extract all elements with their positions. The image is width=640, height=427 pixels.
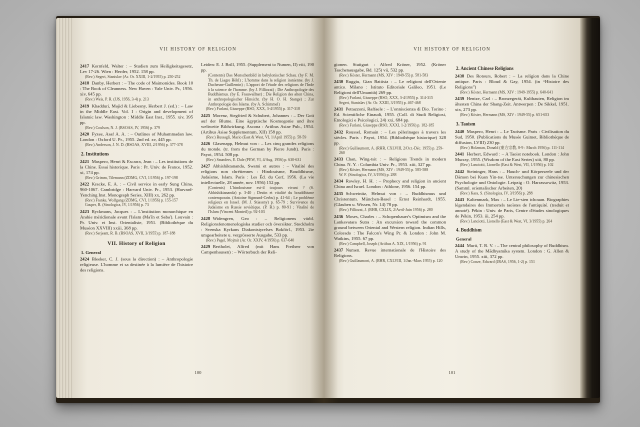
review-line: (Rev.) Lanciotti, Lionello (East & West,… (460, 219, 569, 224)
contents-note: (Contents) L'hindouisme est-il toujours … (208, 186, 314, 215)
bib-entry-2437: 2437Numen. Revue internationale de l'His… (334, 248, 446, 259)
review-line: (Rev.) Guillaumont, A. (RHR, CXLVIII, 1/… (339, 259, 446, 264)
bib-entry-2436: 2436Moses, Charles : – Schopenhauer's Op… (334, 214, 446, 242)
bib-entry-2443: 2443Kaltenmark, Max : – Le Lie-sien tcho… (455, 197, 569, 219)
review-line: (Rev.) Filliozat, J. (RHR, CXLIX, 2/Avri… (339, 208, 446, 213)
bib-entry-2442: 2442Steininger, Hans : – Hauch- und Körp… (455, 169, 569, 191)
page-number-left: 100 (72, 370, 324, 375)
bib-entry-2434: 2434Rowley, H. H. : – Prophecy and relig… (334, 179, 446, 190)
book-cover-fore-edge (580, 18, 600, 398)
right-page-column-1: gionen. Stuttgart : Alfred Kröner, 1952.… (334, 62, 446, 263)
entry-number: 2441 (455, 152, 467, 157)
review-line: (Rev.) Holzman, Donald (東方宗教, 8-9 : Marc… (460, 145, 569, 150)
entry-number: 2440 (455, 129, 467, 134)
review-line: (Rev.) Grimm, Tilemann (ZDMG, CVI, 1/195… (85, 175, 193, 180)
open-book: VII HISTORY OF RELIGION 2417Kornfeld, Wa… (56, 16, 600, 403)
entry-number: 2438 (455, 74, 467, 79)
page-number-right: 101 (324, 370, 580, 375)
entry-number: 2425 (201, 113, 213, 118)
bib-entry-2428: 2428Widengren, Geo : – Religionens värld… (201, 216, 314, 238)
review-line: (Rev.) Guillaumont, A. (RHR, CXLVIII, 2/… (339, 146, 446, 155)
bib-entry-2430: 2430Ruggiu, Gian Battista : – Le religio… (334, 79, 446, 96)
entry-number: 2426 (201, 141, 213, 146)
bib-entry-2427: 2427Abhishiktananda, Swami et autres : –… (201, 164, 314, 186)
bib-entry-2426: 2426Glasenapp, Helmut von : – Les cinq g… (201, 141, 314, 158)
entry-number: 2420 (80, 132, 92, 137)
review-line: (Rev.) Köster, Hermann (MS, XIV : 1949-1… (460, 90, 569, 95)
bib-entry-2417: 2417Kornfeld, Walter : – Studien zum Hei… (80, 64, 193, 75)
entry-number: 2433 (334, 157, 346, 162)
review-line: Gasper, R. (Sinologica, IV, 1/1956) p. 7… (85, 203, 193, 208)
entry-number: 2434 (334, 179, 346, 184)
review-line: (Rev.) Kara, S. (Sinologica, IV, 3/1956)… (460, 191, 569, 196)
review-line: (Rev.) Köster, Hermann (MS, XIV : 1949-5… (460, 113, 569, 118)
review-line: (Rev.) Anderson, J. N. D. (BSOAS, XVIII,… (85, 143, 193, 148)
review-line: (Rev.) Bussagli, Mario (East & West, VI,… (206, 135, 314, 140)
bib-entry-2432: 2432Roussel, Romain : – Les pèlerinages … (334, 129, 446, 146)
entry-number: 2437 (334, 248, 346, 253)
bib-entry-2444: 2444Murti, T. R. V. : – The central phil… (455, 243, 569, 260)
bib-entry-2438: 2438Des Rotours, Robert : – La religion … (455, 74, 569, 91)
entry-number: 2428 (201, 216, 213, 221)
review-line: (Rev.) Coulson, N. J. (BSOAS, IV, 1956) … (85, 125, 193, 130)
bib-entry-2419: 2419Khadduri, Majid & Liebesny, Herbert … (80, 103, 193, 125)
photo-of-open-book: { "colors": { "background": "#bcbcbc", "… (0, 0, 640, 427)
subsection-heading: 1. General (81, 250, 193, 255)
bib-entry-2420: 2420Fyzee, Asaf A. A. : – Outlines of Mu… (80, 132, 193, 143)
left-page-stack-edge (56, 18, 72, 398)
review-line: (Rev.) Saunders, E. Dale (PEW, VI, 4/Aug… (206, 157, 314, 162)
review-line: (Rev.) Lanciotti, Lionello (East & West,… (460, 163, 569, 168)
right-page: VII HISTORY OF RELIGION gionen. Stuttgar… (324, 18, 580, 398)
entry-number: 2427 (201, 164, 213, 169)
chapter-heading: VII. History of Religion (80, 241, 193, 247)
entry-number: 2436 (334, 214, 346, 219)
review-line: (Rev.) Conze, Edward (JRAS, 1956, 1-2) p… (460, 260, 569, 265)
entry-number: 2419 (80, 103, 92, 108)
entry-number: 2431 (334, 107, 346, 112)
right-page-column-2: 2. Ancient Chinese Religions2438Des Roto… (455, 62, 569, 264)
entry-number: 2429 (201, 244, 213, 249)
entry-number: 2418 (80, 81, 92, 86)
bib-entry-2421: 2421Maspero, Henri & Escarra, Jean : – L… (80, 159, 193, 176)
review-line: (Rev.) Campbell, Joseph (Artibus A. XIX,… (339, 241, 446, 246)
review-line: (Rev.) Pagel, Mojmir (Ar. Or. XXIV, 4/19… (206, 238, 314, 243)
entry-continuation: Leiden: E. J. Brill, 1955. (Supplement t… (201, 62, 314, 73)
entry-number: 2432 (334, 129, 346, 134)
bib-entry-2431: 2431Pettazzoni, Raffaele : – L'onniscien… (334, 107, 446, 124)
entry-number: 2417 (80, 64, 92, 69)
bib-entry-2440: 2440Maspero, Henri : – Le Taoïsme. Paris… (455, 129, 569, 146)
bib-entry-2425: 2425Morenz, Siegfried & Schubert, Johann… (201, 113, 314, 135)
review-line: W. F. (Sinologica, IV, 3/1956) p. 288 (339, 172, 446, 177)
entry-number: 2422 (80, 182, 92, 187)
section-heading: 2. Ancient Chinese Religions (456, 67, 569, 72)
bib-entry-2418: 2418Danby, Herbert : – The code of Maimo… (80, 81, 193, 98)
review-line: (Rev.) Serjeant, R. B. (BSOAS, XVII, 3/1… (85, 231, 193, 236)
entry-number: 2430 (334, 79, 346, 84)
left-page: VII HISTORY OF RELIGION 2417Kornfeld, Wa… (72, 18, 324, 398)
bib-entry-2441: 2441Herbert, Edward : – A Taoist noteboo… (455, 152, 569, 163)
left-page-column-2: Leiden: E. J. Brill, 1955. (Supplement t… (201, 62, 314, 255)
entry-number: 2423 (80, 209, 92, 214)
entry-number: 2444 (455, 243, 467, 248)
section-heading: 3. Taoism (456, 122, 569, 127)
section-heading: 4. Buddhism (456, 228, 569, 233)
review-line: (Rev.) Köster, Hermann (MS, XIV : 1949-5… (339, 73, 446, 78)
entry-number: 2443 (455, 197, 467, 202)
bib-entry-2429: 2429Bertholet, Alfred (mit Hans Freiherr… (201, 244, 314, 255)
review-line: (Rev.) Furlani, Giuseppe (RSO, XXXI, 1-2… (339, 123, 446, 128)
subsection-heading: General (456, 237, 569, 242)
entry-number: 2442 (455, 169, 467, 174)
section-heading: 2. Institutions (81, 152, 193, 157)
review-line: Segert, Stanislav (Ar. Or. XXIII, 3/1955… (339, 100, 446, 105)
bib-entry-2433: 2433Chan, Wing-tsit : – Religious Trends… (334, 157, 446, 168)
running-head-right: VII HISTORY OF RELIGION (324, 47, 580, 52)
bib-entry-2422: 2422Kracke, E. A. : – Civil service in e… (80, 182, 193, 199)
entry-number: 2439 (455, 96, 467, 101)
bib-entry-2423: 2423Ryckmans, Jacques : – L'institution … (80, 209, 193, 231)
review-line: (Rev.) Furlani, Giuseppe (RSO, XXX, 3-4/… (206, 107, 314, 112)
entry-number: 2424 (80, 257, 92, 262)
review-line: (Rev.) Weis, P. R. (JJS, 1956, 3-4) p. 2… (85, 97, 193, 102)
bib-entry-2435: 2435Schweinitz, Helmut von : – Buddhismu… (334, 191, 446, 208)
bib-entry-2439: 2439Hentze, Carl : – Bronzegerät, Kultba… (455, 96, 569, 113)
bib-entry-2424: 2424Bleeker, C. J. (sous la direction) :… (80, 257, 193, 274)
review-line: (Rev.) Segert, Stanislav (Ar. Or. XXIII,… (85, 75, 193, 80)
entry-number: 2435 (334, 191, 346, 196)
running-head-left: VII HISTORY OF RELIGION (72, 47, 324, 52)
entry-number: 2421 (80, 159, 92, 164)
entry-continuation: gionen. Stuttgart : Alfred Kröner, 1952.… (334, 62, 446, 73)
contents-note: (Contents) Das Menschenbild in babylonis… (208, 73, 314, 107)
left-page-column-1: 2417Kornfeld, Walter : – Studien zum Hei… (80, 62, 193, 273)
